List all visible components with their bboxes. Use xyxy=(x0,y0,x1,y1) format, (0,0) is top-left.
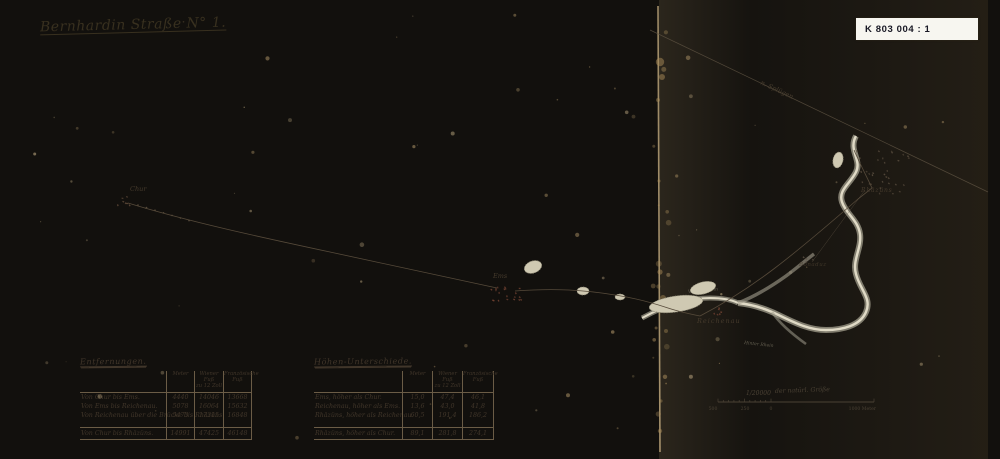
table-cell: 43,0 xyxy=(432,402,462,411)
table-total-cell: 274,1 xyxy=(462,428,494,440)
table-cell: 13,6 xyxy=(402,402,432,411)
scale-ticks xyxy=(718,399,874,402)
table-cell: 186,2 xyxy=(462,411,494,420)
river-label-hinterrhein: Hinter Rhein xyxy=(743,340,774,349)
hill-icon xyxy=(831,151,844,169)
scale-label-250: 250 xyxy=(741,406,750,412)
heights-table-title: Höhen-Unterschiede. xyxy=(314,356,412,367)
table-cell: 13668 xyxy=(223,393,252,402)
settlement-clusters xyxy=(117,150,910,316)
column-header xyxy=(314,371,402,393)
table-cell: 4440 xyxy=(166,393,194,402)
scale-label-end: 1000 Meter xyxy=(849,406,877,412)
column-header: Wiener Fußzu 12 Zoll xyxy=(432,371,462,393)
heights-table-grid: Meter Wiener Fußzu 12 Zoll FranzösischeF… xyxy=(314,371,494,440)
scale-label-500: 500 xyxy=(709,406,718,412)
scale-caption: der natürl. Größe xyxy=(775,386,831,395)
distances-table: Entfernungen. Meter Wiener Fußzu 12 Zoll… xyxy=(80,349,252,440)
column-header: FranzösischeFuß xyxy=(223,371,252,393)
table-cell: 16064 xyxy=(194,402,223,411)
table-spacer xyxy=(80,420,166,428)
table-row-label: Von Chur bis Ems. xyxy=(80,393,166,402)
table-cell: 15,0 xyxy=(402,393,432,402)
route-dots xyxy=(137,204,190,221)
table-cell: 5078 xyxy=(166,402,194,411)
table-total-label: Von Chur bis Rhäzüns. xyxy=(80,428,166,440)
column-header: Meter xyxy=(402,371,432,393)
route-note-label: n. Splügen xyxy=(759,79,794,101)
scale-label-0: 0 xyxy=(770,406,773,412)
scale-bar: 1/20000 der natürl. Größe 500 250 0 1000… xyxy=(709,386,877,412)
place-label-bonaduz: Bonaduz xyxy=(799,262,827,268)
hills xyxy=(522,151,844,316)
hill-icon xyxy=(522,258,543,275)
scale-ratio: 1/20000 xyxy=(746,390,771,397)
table-cell: 17315 xyxy=(194,411,223,420)
fold-crease xyxy=(658,6,660,452)
river-hinterrhein xyxy=(738,136,868,330)
table-cell: 15632 xyxy=(223,402,252,411)
column-header xyxy=(80,371,166,393)
table-spacer xyxy=(462,420,494,428)
scanned-map-sheet: n. Splügen Vorder Rhein Hinter Rhein xyxy=(0,0,1000,459)
heights-table: Höhen-Unterschiede. Meter Wiener Fußzu 1… xyxy=(314,349,494,440)
archive-number: K 803 004 : 1 xyxy=(856,24,930,35)
table-spacer xyxy=(432,420,462,428)
place-label-reichenau: Reichenau xyxy=(697,317,741,325)
rivers: Vorder Rhein Hinter Rhein xyxy=(642,136,868,349)
table-total-cell: 14991 xyxy=(166,428,194,440)
table-spacer xyxy=(223,420,252,428)
road-reichenau-rhazuns xyxy=(700,150,872,316)
archive-stamp: K 803 004 : 1 xyxy=(856,18,978,40)
column-header: Meter xyxy=(166,371,194,393)
table-total-cell: 46148 xyxy=(223,428,252,440)
table-spacer xyxy=(194,420,223,428)
table-cell: 191,4 xyxy=(432,411,462,420)
table-row-label: Von Reichenau über die Brücke bis Rhäzün… xyxy=(80,411,166,420)
river-hinterrhein-channel xyxy=(738,136,868,330)
place-label-chur: Chur xyxy=(130,185,146,193)
table-row-label: Rhäzüns, höher als Reichenau. xyxy=(314,411,402,420)
place-label-ems: Ems xyxy=(493,272,507,280)
road-chur-ems xyxy=(128,203,497,288)
distances-table-title: Entfernungen. xyxy=(80,357,147,368)
table-row-label: Reichenau, höher als Ems. xyxy=(314,402,402,411)
table-cell: 47,4 xyxy=(432,393,462,402)
table-cell: 5473 xyxy=(166,411,194,420)
table-cell: 41,8 xyxy=(462,402,494,411)
column-header: Wiener Fußzu 12 Zoll xyxy=(194,371,223,393)
table-cell: 16848 xyxy=(223,411,252,420)
table-cell: 46,1 xyxy=(462,393,494,402)
table-spacer xyxy=(314,420,402,428)
survey-line-splugen xyxy=(650,30,988,192)
table-total-cell: 281,8 xyxy=(432,428,462,440)
column-header: FranzösischeFuß xyxy=(462,371,494,393)
table-total-label: Rhäzüns, höher als Chur. xyxy=(314,428,402,440)
table-spacer xyxy=(402,420,432,428)
table-row-label: Von Ems bis Reichenau. xyxy=(80,402,166,411)
table-cell: 14046 xyxy=(194,393,223,402)
table-total-cell: 89,1 xyxy=(402,428,432,440)
place-label-rhazuns: Rhäzüns xyxy=(861,187,893,194)
table-spacer xyxy=(166,420,194,428)
distances-table-grid: Meter Wiener Fußzu 12 Zoll FranzösischeF… xyxy=(80,371,252,440)
table-cell: 60,5 xyxy=(402,411,432,420)
table-total-cell: 47425 xyxy=(194,428,223,440)
table-row-label: Ems, höher als Chur. xyxy=(314,393,402,402)
